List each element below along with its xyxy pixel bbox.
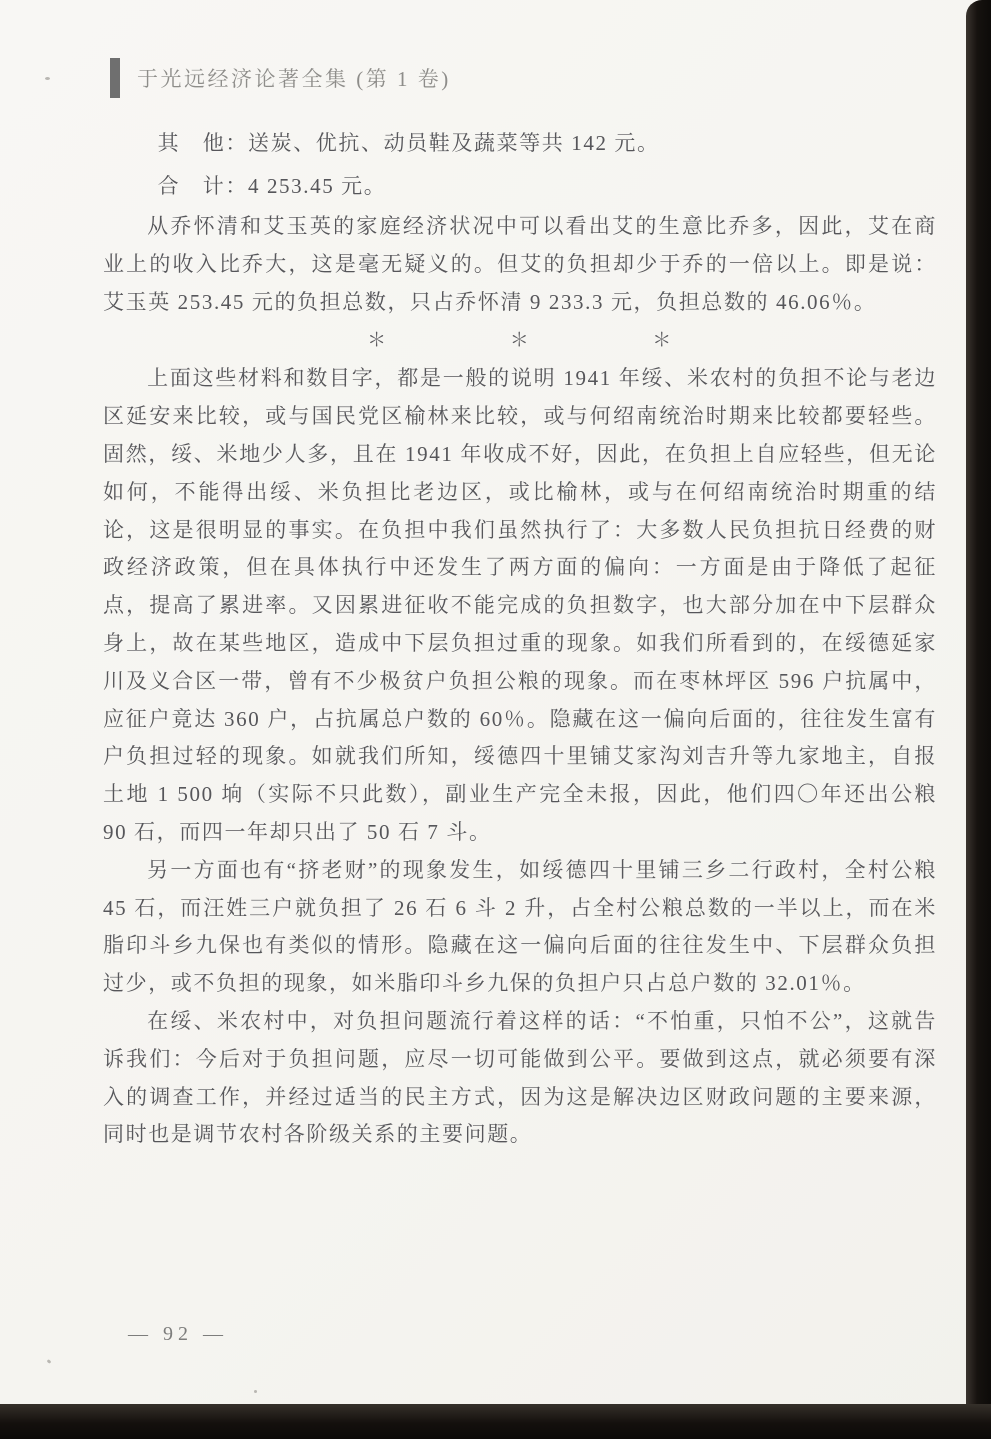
summary-line-total: 合 计：4 253.45 元。 bbox=[103, 165, 937, 208]
asterisk: ＊ bbox=[510, 322, 531, 360]
body-paragraph-jilaocai: 另一方面也有“挤老财”的现象发生，如绥德四十里铺三乡二行政村，全村公粮 45 石… bbox=[103, 852, 937, 1003]
running-title: 于光远经济论著全集 (第 1 卷) bbox=[137, 63, 451, 93]
asterisk: ＊ bbox=[652, 322, 673, 360]
running-header: 于光远经济论著全集 (第 1 卷) bbox=[110, 58, 451, 98]
scan-speckle bbox=[254, 1390, 257, 1393]
scan-speckle bbox=[47, 1359, 52, 1364]
asterisk-separator: ＊ ＊ ＊ bbox=[103, 321, 937, 360]
header-accent-bar bbox=[110, 58, 120, 98]
scan-edge-bottom bbox=[0, 1404, 991, 1439]
page-body: 其 他：送炭、优抗、动员鞋及蔬菜等共 142 元。 合 计：4 253.45 元… bbox=[103, 122, 937, 1154]
scan-edge-right bbox=[966, 0, 991, 1439]
body-paragraph-conclusion: 在绥、米农村中，对负担问题流行着这样的话：“不怕重，只怕不公”，这就告诉我们：今… bbox=[103, 1003, 937, 1154]
page-number: — 92 — bbox=[128, 1323, 228, 1346]
summary-line-other: 其 他：送炭、优抗、动员鞋及蔬菜等共 142 元。 bbox=[103, 122, 937, 165]
book-page: 于光远经济论著全集 (第 1 卷) 其 他：送炭、优抗、动员鞋及蔬菜等共 142… bbox=[0, 0, 991, 1439]
scan-speckle bbox=[45, 77, 50, 80]
body-paragraph-comparison: 从乔怀清和艾玉英的家庭经济状况中可以看出艾的生意比乔多，因此，艾在商业上的收入比… bbox=[103, 208, 937, 321]
asterisk: ＊ bbox=[367, 322, 388, 360]
body-paragraph-burden-analysis: 上面这些材料和数目字，都是一般的说明 1941 年绥、米农村的负担不论与老边区延… bbox=[103, 360, 937, 851]
